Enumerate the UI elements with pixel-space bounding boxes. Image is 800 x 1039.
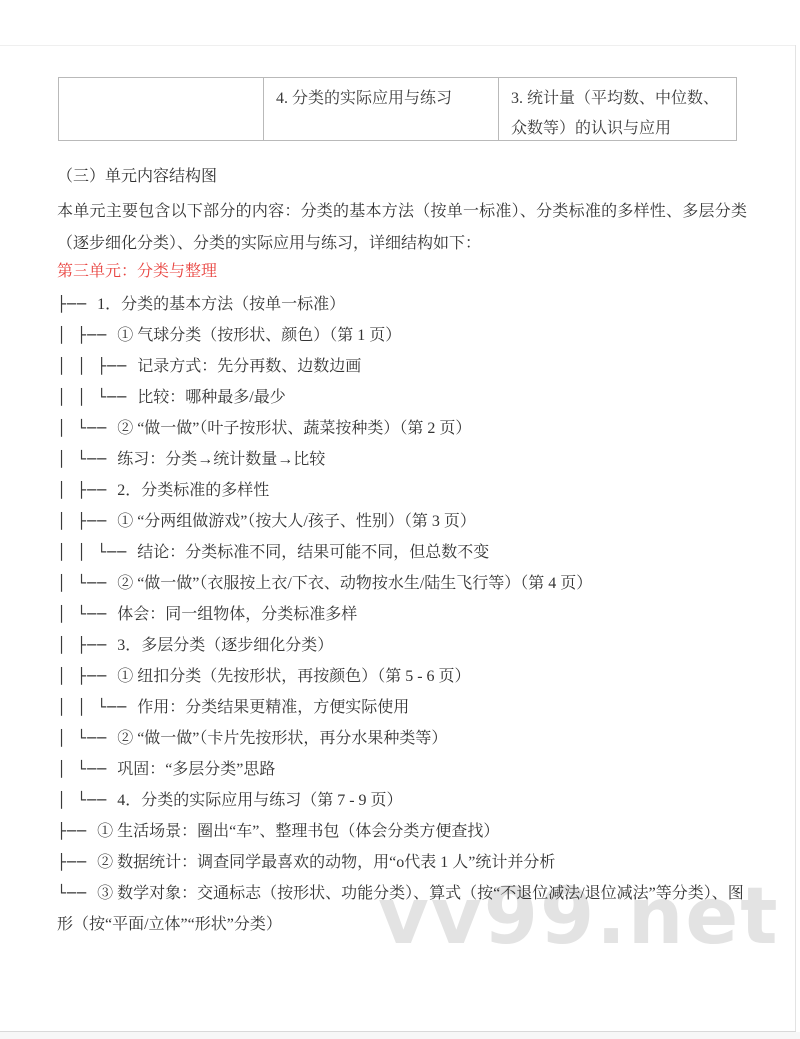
tree-item-label: 结论：分类标准不同，结果可能不同，但总数不变 — [137, 544, 489, 561]
tree-row: │ │ └── 比较：哪种最多/最少 — [57, 382, 757, 413]
tree-row: │ ├── ① “分两组做游戏”（按大人/孩子、性别）（第 3 页） — [57, 506, 757, 537]
tree-branch-glyph: │ ├── — [57, 512, 117, 530]
tree-row: ├── 1．分类的基本方法（按单一标准） — [57, 289, 757, 320]
tree-branch-glyph: │ └── — [57, 574, 117, 592]
tree-row: │ │ └── 作用：分类结果更精准，方便实际使用 — [57, 692, 757, 723]
tree-branch-glyph: │ └── — [57, 760, 117, 778]
tree-item-label: 作用：分类结果更精准，方便实际使用 — [137, 699, 409, 716]
tree-row: │ ├── 3．多层分类（逐步细化分类） — [57, 630, 757, 661]
table-cell-statistics: 3. 统计量（平均数、中位数、众数等）的认识与应用 — [498, 78, 738, 140]
intro-paragraph: 本单元主要包含以下部分的内容：分类的基本方法（按单一标准）、分类标准的多样性、多… — [57, 196, 747, 260]
tree-item-label: 巩固：“多层分类”思路 — [117, 761, 275, 778]
tree-row: ├── ① 生活场景：圈出“车”、整理书包（体会分类方便查找） — [57, 816, 757, 847]
tree-row: │ │ ├── 记录方式：先分再数、边数边画 — [57, 351, 757, 382]
tree-branch-glyph: │ └── — [57, 605, 117, 623]
tree-row: └── ③ 数学对象：交通标志（按形状、功能分类）、算式（按“不退位减法/退位减… — [57, 878, 757, 940]
unit-title-red: 第三单元：分类与整理 — [57, 261, 217, 283]
tree-item-label: ② 数据统计：调查同学最喜欢的动物，用“o代表 1 人”统计并分析 — [97, 854, 555, 871]
tree-branch-glyph: ├── — [57, 822, 97, 840]
tree-item-label: 记录方式：先分再数、边数边画 — [137, 358, 361, 375]
tree-branch-glyph: │ └── — [57, 450, 117, 468]
tree-branch-glyph: │ ├── — [57, 481, 117, 499]
document-page: vv99.net 4. 分类的实际应用与练习 3. 统计量（平均数、中位数、众数… — [0, 0, 800, 1039]
section-heading: （三）单元内容结构图 — [57, 166, 217, 188]
tree-row: │ └── 练习：分类→统计数量→比较 — [57, 444, 757, 475]
tree-branch-glyph: │ │ ├── — [57, 357, 137, 375]
tree-row: │ ├── ① 气球分类（按形状、颜色）（第 1 页） — [57, 320, 757, 351]
tree-item-label: ① 纽扣分类（先按形状，再按颜色）（第 5 - 6 页） — [117, 668, 470, 685]
tree-branch-glyph: │ │ └── — [57, 698, 137, 716]
tree-item-label: 体会：同一组物体，分类标准多样 — [117, 606, 357, 623]
tree-item-label: ① “分两组做游戏”（按大人/孩子、性别）（第 3 页） — [117, 513, 476, 530]
tree-row: │ ├── ① 纽扣分类（先按形状，再按颜色）（第 5 - 6 页） — [57, 661, 757, 692]
tree-branch-glyph: │ └── — [57, 419, 117, 437]
tree-row: │ └── 体会：同一组物体，分类标准多样 — [57, 599, 757, 630]
tree-row: │ │ └── 结论：分类标准不同，结果可能不同，但总数不变 — [57, 537, 757, 568]
table-cell-topic: 4. 分类的实际应用与练习 — [263, 78, 498, 140]
tree-row: │ └── ② “做一做”（卡片先按形状，再分水果种类等） — [57, 723, 757, 754]
tree-item-label: 1．分类的基本方法（按单一标准） — [97, 296, 345, 313]
page-content: 4. 分类的实际应用与练习 3. 统计量（平均数、中位数、众数等）的认识与应用 … — [0, 0, 800, 1039]
structure-tree: ├── 1．分类的基本方法（按单一标准） │ ├── ① 气球分类（按形状、颜色… — [57, 289, 757, 940]
table-cell-empty — [59, 78, 263, 140]
tree-item-label: 4．分类的实际应用与练习（第 7 - 9 页） — [117, 792, 402, 809]
tree-branch-glyph: │ └── — [57, 791, 117, 809]
tree-item-label: ② “做一做”（叶子按形状、蔬菜按种类）（第 2 页） — [117, 420, 471, 437]
tree-branch-glyph: └── — [57, 884, 97, 902]
tree-row: │ └── ② “做一做”（衣服按上衣/下衣、动物按水生/陆生飞行等）（第 4 … — [57, 568, 757, 599]
tree-branch-glyph: │ │ └── — [57, 543, 137, 561]
tree-item-label: 2．分类标准的多样性 — [117, 482, 269, 499]
tree-branch-glyph: │ ├── — [57, 326, 117, 344]
tree-item-label: 3．多层分类（逐步细化分类） — [117, 637, 333, 654]
tree-row: │ └── 巩固：“多层分类”思路 — [57, 754, 757, 785]
tree-item-label: 比较：哪种最多/最少 — [137, 389, 285, 406]
tree-branch-glyph: ├── — [57, 853, 97, 871]
tree-item-label: ① 生活场景：圈出“车”、整理书包（体会分类方便查找） — [97, 823, 499, 840]
tree-branch-glyph: │ ├── — [57, 667, 117, 685]
tree-item-label: ③ 数学对象：交通标志（按形状、功能分类）、算式（按“不退位减法/退位减法”等分… — [57, 885, 744, 933]
tree-branch-glyph: ├── — [57, 295, 97, 313]
tree-branch-glyph: │ └── — [57, 729, 117, 747]
unit-overview-table: 4. 分类的实际应用与练习 3. 统计量（平均数、中位数、众数等）的认识与应用 — [58, 77, 737, 141]
tree-row: │ └── 4．分类的实际应用与练习（第 7 - 9 页） — [57, 785, 757, 816]
tree-row: │ ├── 2．分类标准的多样性 — [57, 475, 757, 506]
tree-row: │ └── ② “做一做”（叶子按形状、蔬菜按种类）（第 2 页） — [57, 413, 757, 444]
tree-item-label: ② “做一做”（衣服按上衣/下衣、动物按水生/陆生飞行等）（第 4 页） — [117, 575, 592, 592]
tree-branch-glyph: │ │ └── — [57, 388, 137, 406]
tree-item-label: ① 气球分类（按形状、颜色）（第 1 页） — [117, 327, 401, 344]
tree-item-label: 练习：分类→统计数量→比较 — [117, 451, 325, 468]
tree-branch-glyph: │ ├── — [57, 636, 117, 654]
tree-row: ├── ② 数据统计：调查同学最喜欢的动物，用“o代表 1 人”统计并分析 — [57, 847, 757, 878]
tree-item-label: ② “做一做”（卡片先按形状，再分水果种类等） — [117, 730, 447, 747]
